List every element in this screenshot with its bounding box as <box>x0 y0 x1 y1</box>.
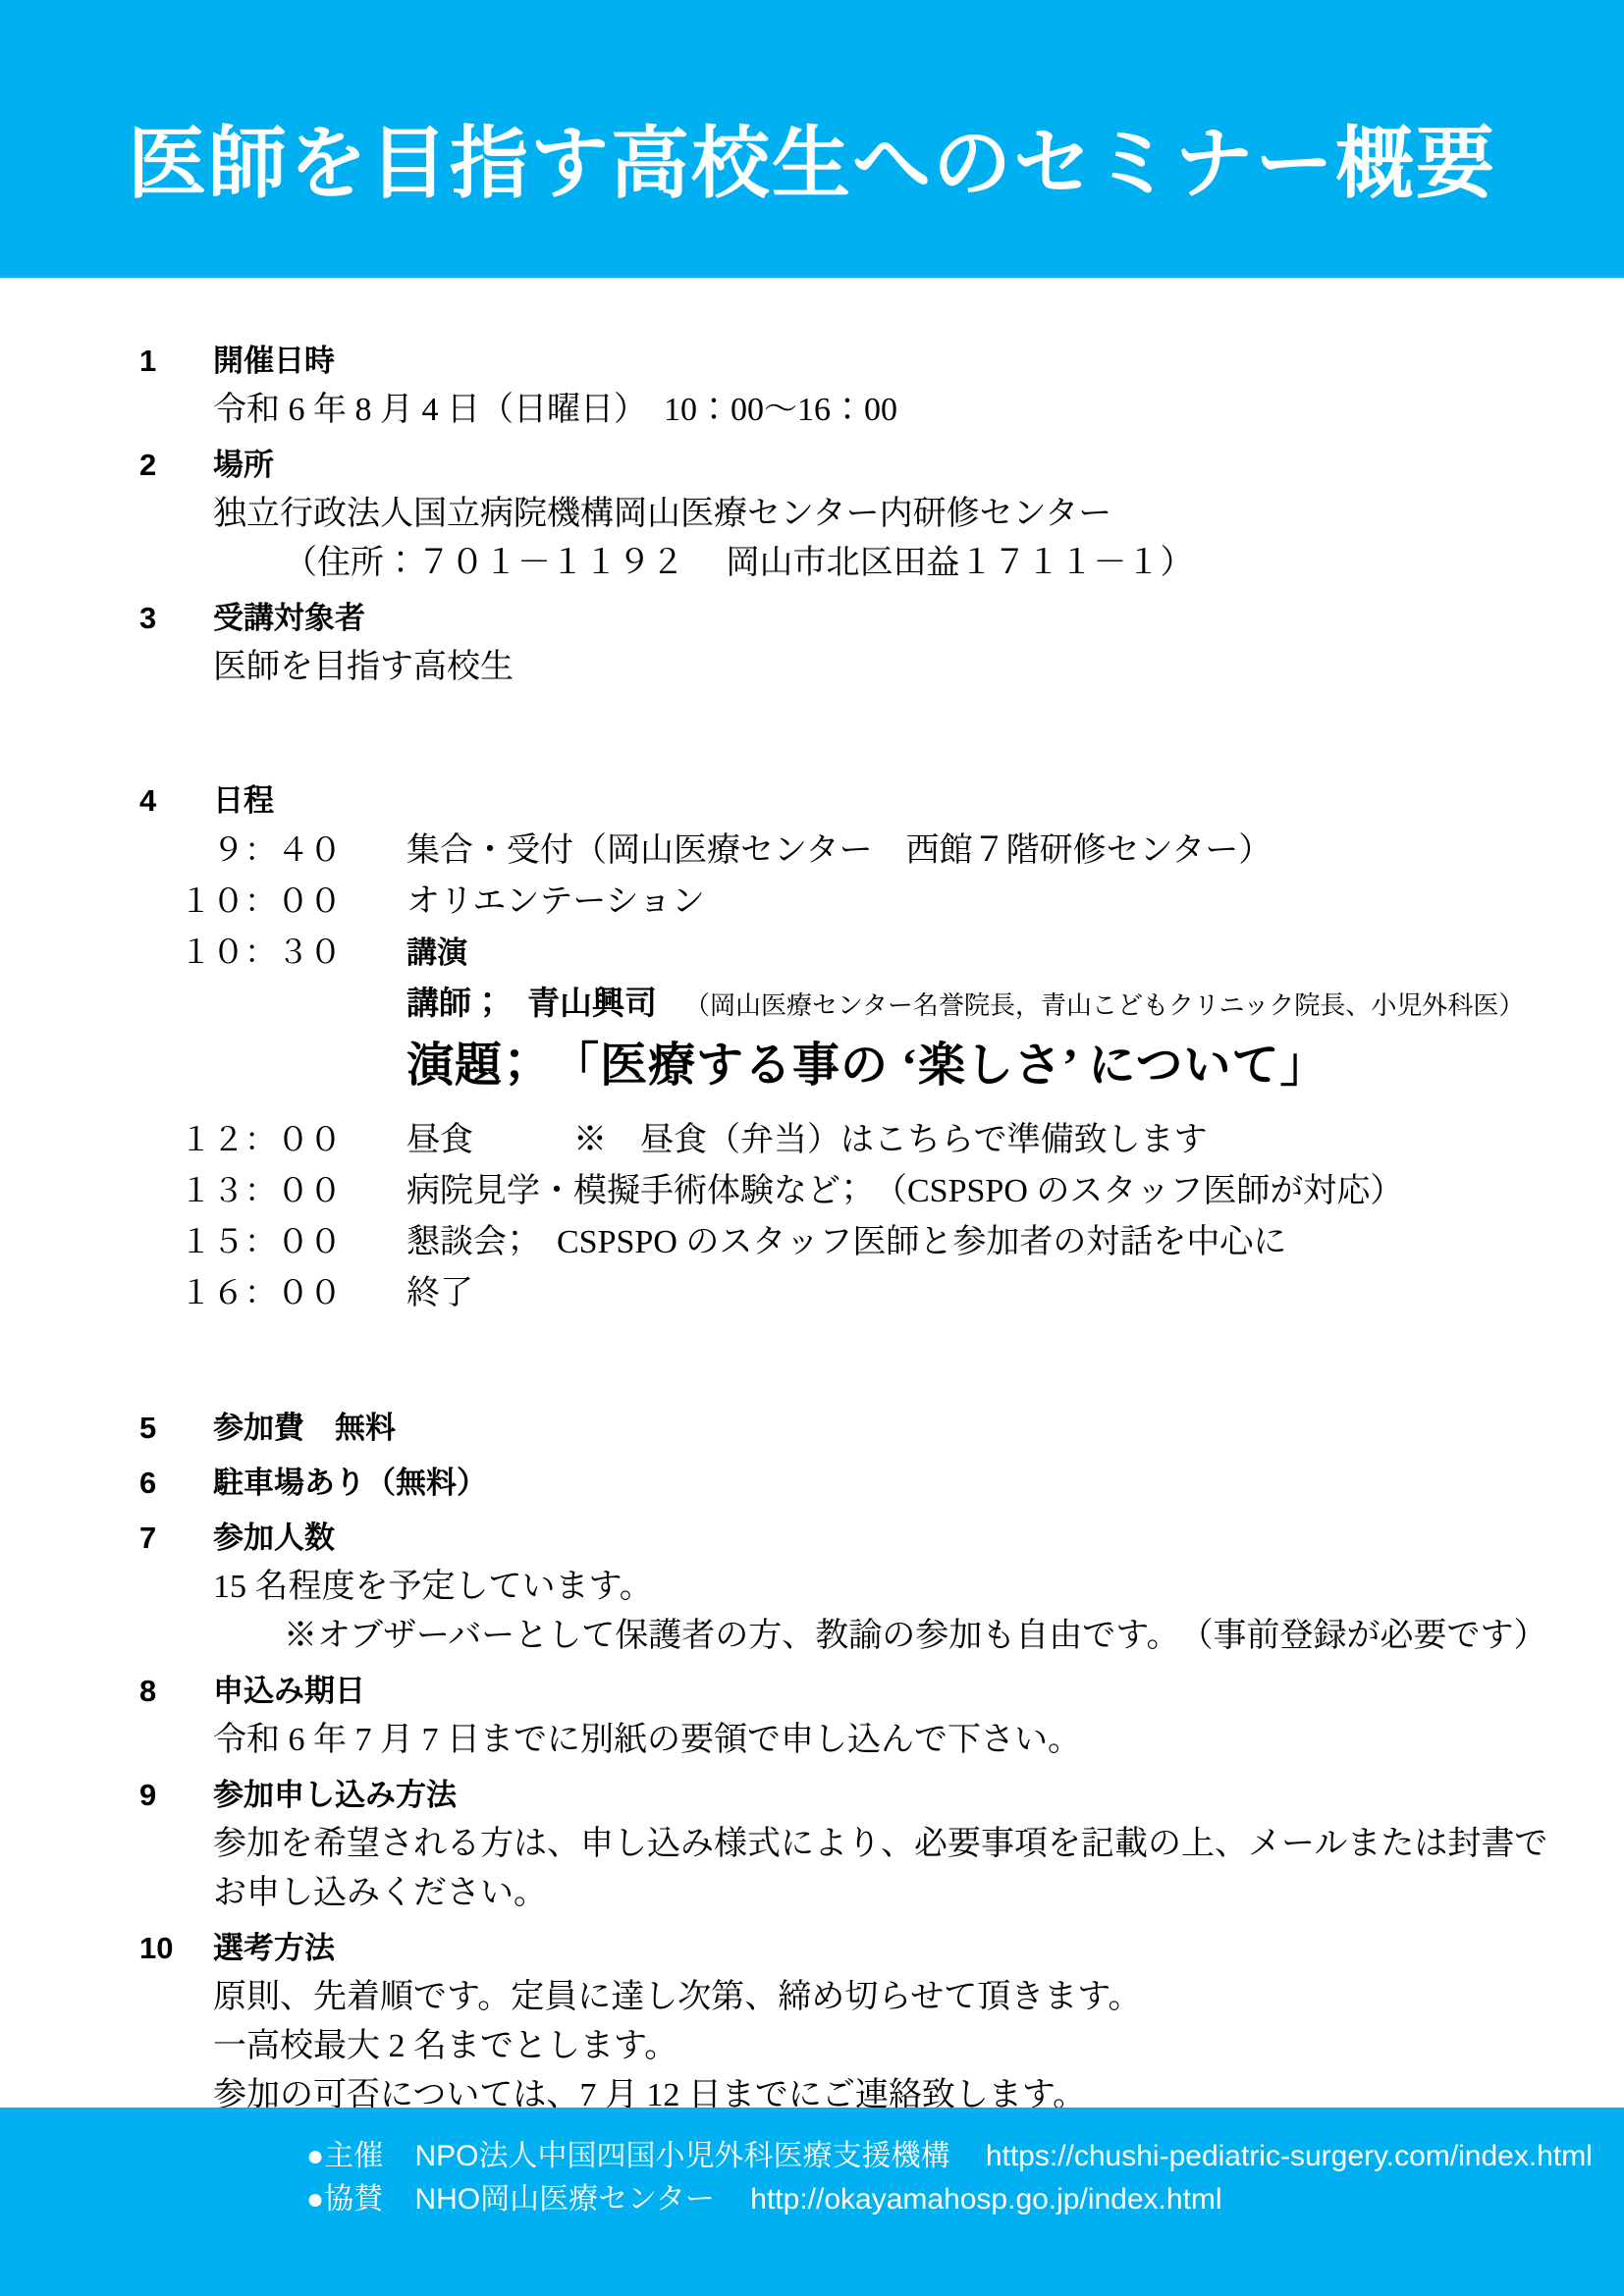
section-label: 駐車場あり（無料） <box>213 1459 487 1508</box>
section-label: 場所 <box>213 441 274 490</box>
sponsor-role: ●協賛 <box>306 2178 383 2221</box>
observer-note: ※オブザーバーとして保護者の方、教諭の参加も自由です。 （事前登録が必要です） <box>284 1612 1624 1661</box>
lecturer-line: 講師； 青山興司 （岡山医療センター名誉院長，青山こどもクリニック院長、小児外科… <box>406 979 1624 1035</box>
capacity-text: 15 名程度を予定しています。 <box>213 1563 1624 1612</box>
organizer-line: ●主催 NPO法人中国四国小児外科医療支援機構 https://chushi-p… <box>306 2135 1624 2178</box>
flyer-body: 1 開催日時 令和 6 年 8 月 4 日（日曜日） 10：00～16：00 2… <box>0 278 1624 2108</box>
schedule-desc: 集合・受付（岡山医療センター 西館７階研修センター） <box>406 826 1272 876</box>
section-heading: 5 参加費 無料 <box>0 1404 1624 1453</box>
section-heading: 1 開催日時 <box>0 337 1624 386</box>
spacer <box>0 692 1624 771</box>
audience-text: 医師を目指す高校生 <box>213 643 1624 692</box>
lecturer-title: （岡山医療センター名誉院長，青山こどもクリニック院長、小児外科医） <box>684 991 1524 1020</box>
schedule-row: １５：００ 懇談会； CSPSPO のスタッフ医師と参加者の対話を中心に <box>0 1217 1624 1268</box>
section-label: 開催日時 <box>213 337 335 386</box>
section-heading: 7 参加人数 <box>0 1514 1624 1563</box>
section-fee: 5 参加費 無料 <box>0 1404 1624 1453</box>
section-heading: 2 場所 <box>0 441 1624 490</box>
organizer-name: NPO法人中国四国小児外科医療支援機構 <box>414 2135 949 2178</box>
section-label: 選考方法 <box>213 1924 335 1973</box>
organizer-footer: ●主催 NPO法人中国四国小児外科医療支援機構 https://chushi-p… <box>0 2108 1624 2296</box>
schedule-time: １０：３０ <box>0 929 342 979</box>
schedule-desc: 病院見学・模擬手術体験など； （CSPSPO のスタッフ医師が対応） <box>406 1166 1403 1216</box>
section-number: 4 <box>139 776 213 826</box>
section-label: 参加申し込み方法 <box>213 1771 457 1820</box>
section-capacity: 7 参加人数 15 名程度を予定しています。 ※オブザーバーとして保護者の方、教… <box>0 1514 1624 1661</box>
section-parking: 6 駐車場あり（無料） <box>0 1459 1624 1508</box>
schedule-desc: 昼食 ※ 昼食（弁当）はこちらで準備致します <box>406 1115 1208 1165</box>
page-title: 医師を目指す高校生へのセミナー概要 <box>0 0 1624 208</box>
section-number: 6 <box>139 1459 213 1508</box>
section-heading: 9 参加申し込み方法 <box>0 1771 1624 1820</box>
section-audience: 3 受講対象者 医師を目指す高校生 <box>0 594 1624 692</box>
schedule-time: １５：００ <box>0 1218 342 1268</box>
section-label: 申込み期日 <box>213 1667 365 1716</box>
schedule-time: １０：００ <box>0 878 342 928</box>
section-schedule: 4 日程 ９：４０ 集合・受付（岡山医療センター 西館７階研修センター） １０：… <box>0 776 1624 1319</box>
section-label: 受講対象者 <box>213 594 365 643</box>
flyer-page: 医師を目指す高校生へのセミナー概要 1 開催日時 令和 6 年 8 月 4 日（… <box>0 0 1624 2296</box>
section-label: 参加人数 <box>213 1514 335 1563</box>
schedule-row: １０：３０ 講演 <box>0 928 1624 979</box>
section-number: 2 <box>139 441 213 490</box>
section-heading: 6 駐車場あり（無料） <box>0 1459 1624 1508</box>
section-number: 10 <box>139 1924 213 1973</box>
section-number: 3 <box>139 594 213 643</box>
section-number: 7 <box>139 1514 213 1563</box>
datetime-text: 令和 6 年 8 月 4 日（日曜日） 10：00～16：00 <box>213 386 1624 435</box>
schedule-desc-lecture: 講演 <box>406 928 467 978</box>
apply-method-text-2: お申し込みください。 <box>213 1869 1624 1918</box>
lecturer-name: 青山興司 <box>527 985 657 1021</box>
lecturer-label: 講師； <box>406 985 504 1021</box>
sponsor-url: http://okayamahosp.go.jp/index.html <box>750 2183 1221 2216</box>
apply-method-text-1: 参加を希望される方は、申し込み様式により、必要事項を記載の上、メールまたは封書で <box>213 1820 1624 1869</box>
title-banner: 医師を目指す高校生へのセミナー概要 <box>0 0 1624 278</box>
schedule-time: １２：００ <box>0 1116 342 1166</box>
section-apply-method: 9 参加申し込み方法 参加を希望される方は、申し込み様式により、必要事項を記載の… <box>0 1771 1624 1918</box>
schedule-row: ９：４０ 集合・受付（岡山医療センター 西館７階研修センター） <box>0 826 1624 877</box>
schedule-desc: 終了 <box>406 1268 473 1318</box>
section-number: 5 <box>139 1404 213 1453</box>
schedule-row: １２：００ 昼食 ※ 昼食（弁当）はこちらで準備致します <box>0 1115 1624 1166</box>
selection-text-3: 参加の可否については、7 月 12 日までにご連絡致します。 <box>213 2071 1624 2108</box>
deadline-text: 令和 6 年 7 月 7 日までに別紙の要領で申し込んで下さい。 <box>213 1716 1624 1765</box>
sponsor-line: ●協賛 NHO岡山医療センター http://okayamahosp.go.jp… <box>306 2178 1624 2221</box>
spacer <box>0 1097 1624 1115</box>
section-heading: 4 日程 <box>0 776 1624 826</box>
section-heading: 8 申込み期日 <box>0 1667 1624 1716</box>
section-number: 1 <box>139 337 213 386</box>
section-number: 9 <box>139 1771 213 1820</box>
schedule-time: １３：００ <box>0 1167 342 1217</box>
section-heading: 10 選考方法 <box>0 1924 1624 1973</box>
section-selection: 10 選考方法 原則、先着順です。定員に達し次第、締め切らせて頂きます。 一高校… <box>0 1924 1624 2108</box>
schedule-desc: 懇談会； CSPSPO のスタッフ医師と参加者の対話を中心に <box>406 1217 1286 1267</box>
section-deadline: 8 申込み期日 令和 6 年 7 月 7 日までに別紙の要領で申し込んで下さい。 <box>0 1667 1624 1765</box>
spacer <box>0 1319 1624 1398</box>
sponsor-name: NHO岡山医療センター <box>414 2178 714 2221</box>
place-name: 独立行政法人国立病院機構岡山医療センター内研修センター <box>213 490 1624 539</box>
selection-text-1: 原則、先着順です。定員に達し次第、締め切らせて頂きます。 <box>213 1973 1624 2022</box>
section-datetime: 1 開催日時 令和 6 年 8 月 4 日（日曜日） 10：00～16：00 <box>0 337 1624 435</box>
section-number: 8 <box>139 1667 213 1716</box>
section-label: 日程 <box>213 776 274 826</box>
lecture-theme: 演題； 「医療する事の ‘楽しさ’ について」 <box>406 1035 1624 1097</box>
schedule-row: １０：００ オリエンテーション <box>0 877 1624 928</box>
section-label: 参加費 無料 <box>213 1404 396 1453</box>
organizer-url: https://chushi-pediatric-surgery.com/ind… <box>986 2140 1593 2172</box>
schedule-desc: オリエンテーション <box>406 877 705 927</box>
organizer-role: ●主催 <box>306 2135 383 2178</box>
section-place: 2 場所 独立行政法人国立病院機構岡山医療センター内研修センター （住所：７０１… <box>0 441 1624 588</box>
place-address: （住所：７０１－１１９２ 岡山市北区田益１７１１－１） <box>284 539 1624 588</box>
schedule-row: １３：００ 病院見学・模擬手術体験など； （CSPSPO のスタッフ医師が対応） <box>0 1166 1624 1217</box>
schedule-time: ９：４０ <box>0 827 342 877</box>
selection-text-2: 一高校最大 2 名までとします。 <box>213 2022 1624 2071</box>
section-heading: 3 受講対象者 <box>0 594 1624 643</box>
schedule-time: １６：００ <box>0 1269 342 1319</box>
schedule-row: １６：００ 終了 <box>0 1268 1624 1319</box>
